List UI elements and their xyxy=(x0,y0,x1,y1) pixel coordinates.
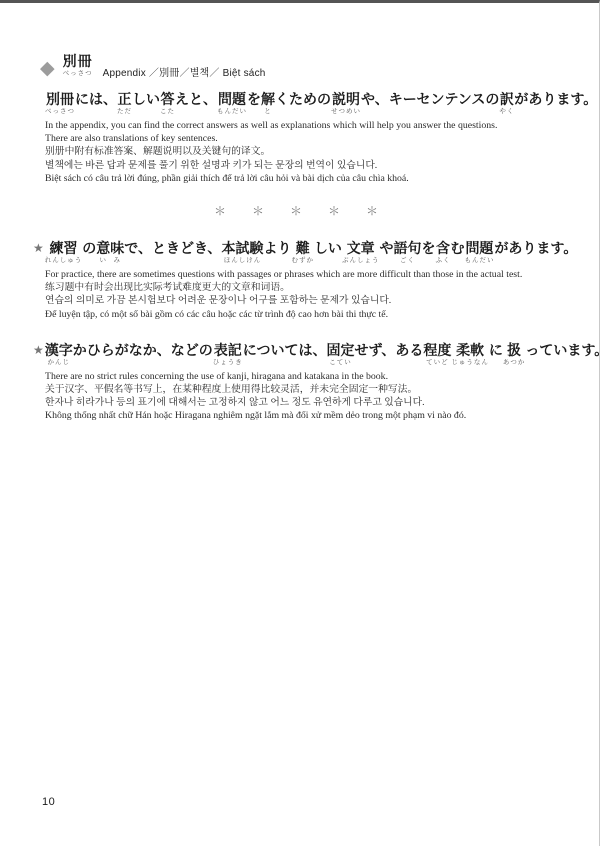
note-2-heading: 漢字かんじかひらがなか、などの表記ひょうきについては、固定こていせず、ある程度て… xyxy=(45,342,600,367)
intro-line-vi: Biệt sách có câu trả lời đúng, phần giải… xyxy=(45,172,574,185)
intro-line-en-1: In the appendix, you can find the correc… xyxy=(45,119,574,132)
note-1-line-ko: 연습의 의미로 가끔 본시험보다 어려운 문장이나 어구를 포함하는 문제가 있… xyxy=(45,294,575,307)
intro-line-zh: 别册中附有标准答案、解题说明以及关键句的译文。 xyxy=(45,145,574,158)
star-icon: ★ xyxy=(33,240,44,257)
note-2-heading-row: ★ 漢字かんじかひらがなか、などの表記ひょうきについては、固定こていせず、ある程… xyxy=(33,342,579,367)
note-2-line-ko: 한자나 히라가나 등의 표기에 대해서는 고정하지 않고 어느 정도 유연하게 … xyxy=(45,396,575,409)
note-1-heading: 練習れんしゅうの意い味みで、ときどき、本試験ほんしけんより難むずかしい文章ぶんし… xyxy=(45,240,578,265)
asterisk-separator: ＊ ＊ ＊ ＊ ＊ xyxy=(0,202,599,219)
note-block-2: ★ 漢字かんじかひらがなか、などの表記ひょうきについては、固定こていせず、ある程… xyxy=(33,342,579,423)
note-1-translations: For practice, there are sometimes questi… xyxy=(45,268,579,321)
diamond-icon: ◆ xyxy=(40,59,55,78)
intro-block: 別冊べっさつには、正ただしい答こたえと、問題もんだいを解とくための説明せつめいや… xyxy=(45,91,574,185)
section-title: 別冊べっさつ xyxy=(63,53,93,78)
note-2-translations: There are no strict rules concerning the… xyxy=(45,370,579,423)
note-1-line-en: For practice, there are sometimes questi… xyxy=(45,268,575,281)
star-icon: ★ xyxy=(33,342,44,359)
intro-line-en-2: There are also translations of key sente… xyxy=(45,132,574,145)
note-1-heading-row: ★ 練習れんしゅうの意い味みで、ときどき、本試験ほんしけんより難むずかしい文章ぶ… xyxy=(33,240,579,265)
note-1-line-zh: 练习题中有时会出现比实际考试难度更大的文章和词语。 xyxy=(45,281,575,294)
page-number: 10 xyxy=(42,796,55,808)
note-2-line-vi: Không thống nhất chữ Hán hoặc Hiragana n… xyxy=(45,409,575,422)
intro-heading: 別冊べっさつには、正ただしい答こたえと、問題もんだいを解とくための説明せつめいや… xyxy=(45,91,574,116)
note-1-line-vi: Để luyện tập, có một số bài gồm có các c… xyxy=(45,308,575,321)
book-page: ◆ 別冊べっさつ Appendix ／別冊／별책／ Biệt sách 別冊べっ… xyxy=(0,0,600,846)
section-subtitle: Appendix ／別冊／별책／ Biệt sách xyxy=(103,64,266,79)
note-2-line-zh: 关于汉字、平假名等书写上，在某种程度上使用得比较灵活，并未完全固定一种写法。 xyxy=(45,383,575,396)
note-block-1: ★ 練習れんしゅうの意い味みで、ときどき、本試験ほんしけんより難むずかしい文章ぶ… xyxy=(33,240,579,321)
note-2-line-en: There are no strict rules concerning the… xyxy=(45,370,575,383)
section-header: ◆ 別冊べっさつ Appendix ／別冊／별책／ Biệt sách xyxy=(0,3,599,79)
intro-line-ko: 별책에는 바른 답과 문제를 풀기 위한 설명과 키가 되는 문장의 번역이 있… xyxy=(45,159,574,172)
